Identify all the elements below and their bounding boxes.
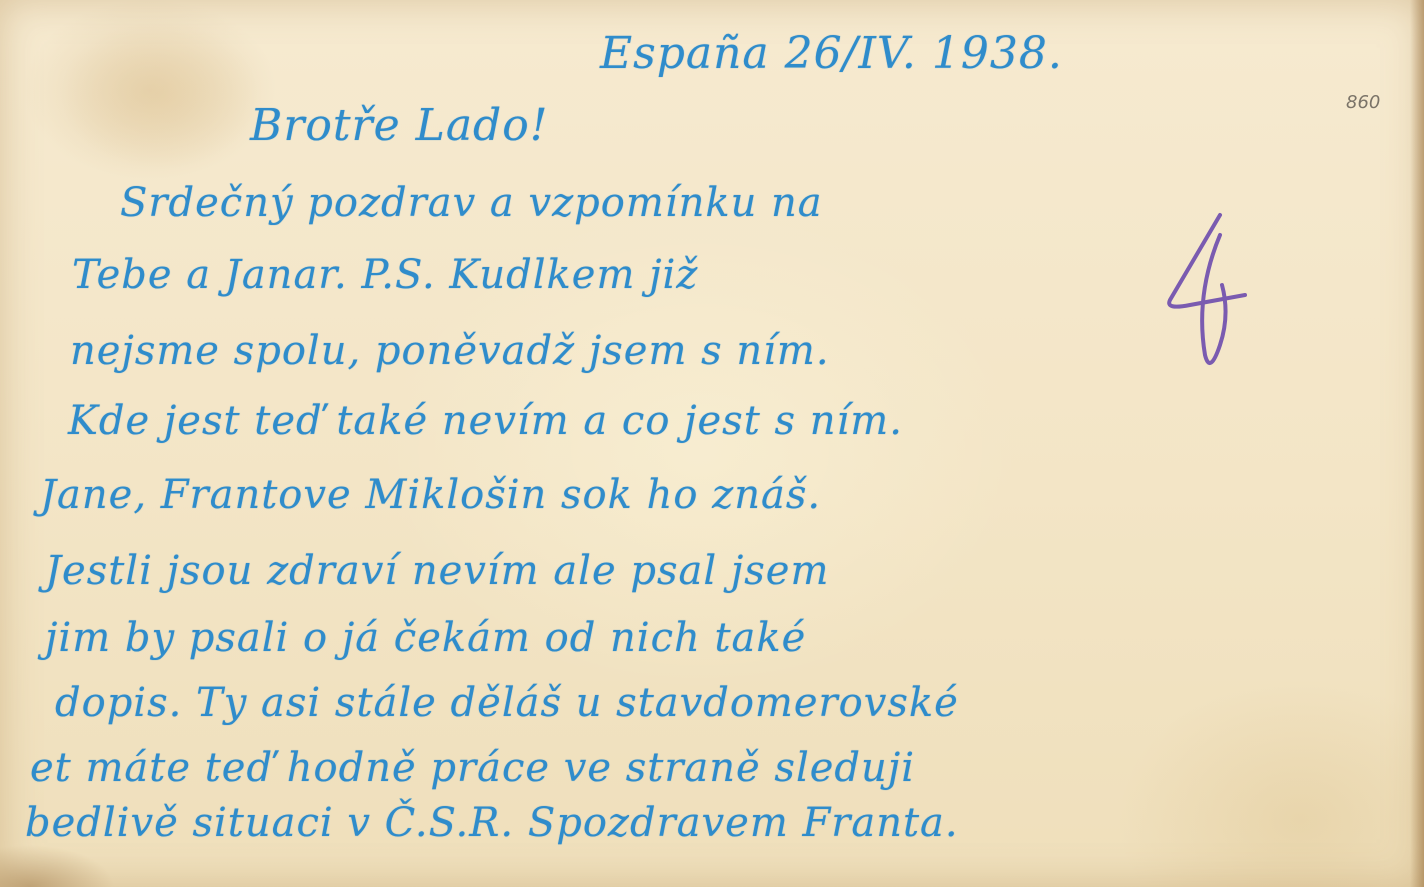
letter-line: nejsme spolu, poněvadž jsem s ním. [70,328,830,374]
letter-line: Tebe a Janar. P.S. Kudlkem již [72,252,698,298]
pencil-numeral-mark [1150,205,1260,375]
letter-line: Jane, Frantove Miklošin sok ho znáš. [40,472,821,518]
card-edge-wear [1410,0,1424,887]
letter-line: Srdečný pozdrav a vzpomínku na [120,180,823,226]
letter-line-closing: bedlivě situaci v Č.S.R. Spozdravem Fran… [25,800,959,846]
archive-number: 860 [1346,92,1380,113]
postcard: España 26/IV. 1938. 860 Brotře Lado! Srd… [0,0,1424,887]
letter-line: Kde jest teď také nevím a co jest s ním. [68,398,903,444]
letter-line: dopis. Ty asi stále děláš u stavdomerovs… [55,680,959,726]
salutation: Brotře Lado! [250,100,548,151]
letter-line: Jestli jsou zdraví nevím ale psal jsem [45,548,829,594]
dateline: España 26/IV. 1938. [600,28,1063,79]
letter-line: jim by psali o já čekám od nich také [45,615,806,661]
letter-line: et máte teď hodně práce ve straně sleduj… [30,745,915,791]
stamp-ghost-mark [60,20,260,170]
